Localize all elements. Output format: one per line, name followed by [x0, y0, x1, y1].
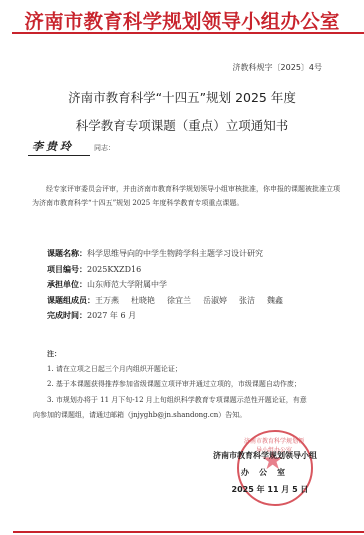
- signature-date: 2025 年 11 月 5 日: [220, 484, 320, 495]
- note-item: 1. 请在立项之日起三个月内组织开题论证；: [47, 362, 347, 378]
- code-value: 2025KXZD16: [87, 265, 141, 274]
- signature-org: 济南市教育科学规划领导小组: [200, 450, 330, 461]
- info-members: 课题组成员：王万燕杜晓艳徐宜兰岳淑婷张洁魏鑫: [47, 293, 295, 309]
- project-info: 课题名称：科学思维导向的中学生物跨学科主题学习设计研究 项目编号：2025KXZ…: [47, 246, 295, 324]
- signature-office: 办公室: [218, 467, 318, 478]
- note-item: 2. 基于本课题获得推荐参加省级课题立项评审并通过立项的，市级课题自动作废；: [47, 377, 347, 393]
- document-title-line1: 济南市教育科学“十四五”规划 2025 年度: [0, 88, 364, 106]
- document-number: 济教科规字〔2025〕4号: [233, 62, 322, 73]
- code-label: 项目编号：: [47, 264, 87, 274]
- unit-label: 承担单位：: [47, 279, 87, 289]
- info-deadline: 完成时间：2027 年 6 月: [47, 308, 295, 324]
- member: 魏鑫: [267, 296, 283, 305]
- note-item: 向参加的课题组，请通过邮箱（jnjyghb@jn.shandong.cn）告知。: [33, 408, 347, 424]
- member: 徐宜兰: [167, 296, 191, 305]
- info-code: 项目编号：2025KXZD16: [47, 262, 295, 278]
- footer-rule: [13, 531, 364, 533]
- notes: 注： 1. 请在立项之日起三个月内组织开题论证； 2. 基于本课题获得推荐参加省…: [47, 346, 347, 424]
- masthead: 济南市教育科学规划领导小组办公室: [0, 6, 364, 34]
- deadline-label: 完成时间：: [47, 310, 87, 320]
- recipient-name: 李贵玲: [28, 138, 90, 156]
- body-paragraph: 经专家评审委员会评审，并由济南市教育科学规划领导小组审核批准，你申报的课题被批准…: [32, 182, 344, 210]
- member: 岳淑婷: [203, 296, 227, 305]
- topic-label: 课题名称：: [47, 248, 87, 258]
- salutation-suffix: 同志：: [94, 144, 115, 152]
- topic-value: 科学思维导向的中学生物跨学科主题学习设计研究: [87, 249, 263, 258]
- info-unit: 承担单位：山东师范大学附属中学: [47, 277, 295, 293]
- member: 张洁: [239, 296, 255, 305]
- info-topic: 课题名称：科学思维导向的中学生物跨学科主题学习设计研究: [47, 246, 295, 262]
- notes-heading: 注：: [47, 346, 347, 362]
- salutation: 李贵玲同志：: [28, 138, 115, 156]
- member: 杜晓艳: [131, 296, 155, 305]
- note-item: 3. 市规划办将于 11 月下旬-12 月上旬组织科学教育专项课题示范性开题论证…: [47, 393, 347, 409]
- deadline-value: 2027 年 6 月: [87, 311, 136, 320]
- masthead-rule: [12, 32, 364, 34]
- unit-value: 山东师范大学附属中学: [87, 280, 167, 289]
- member: 王万燕: [95, 296, 119, 305]
- document-title-line2: 科学教育专项课题（重点）立项通知书: [0, 116, 364, 134]
- members-label: 课题组成员：: [47, 295, 95, 305]
